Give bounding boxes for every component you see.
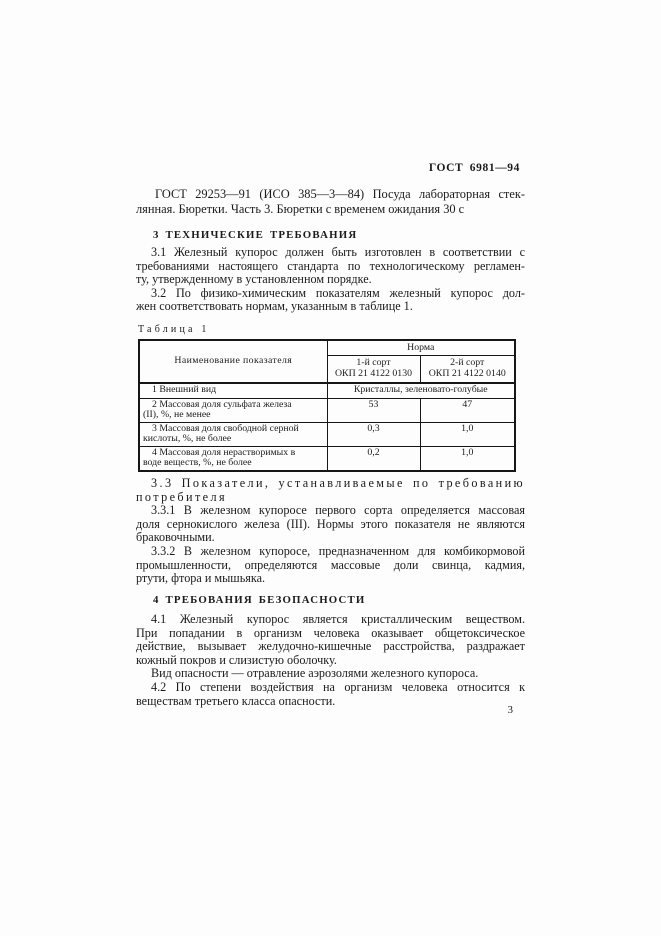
- indicator-cell-line: 1 Внешний вид: [143, 385, 324, 395]
- table-row: 1 Внешний видКристаллы, зеленовато-голуб…: [139, 383, 515, 399]
- heading-3-3-line: потребителя: [136, 491, 525, 505]
- value-cell-grade1: 53: [327, 399, 420, 423]
- indicator-cell: 2 Массовая доля сульфата железа(II), %, …: [139, 399, 327, 423]
- intro-paragraph: ГОСТ 29253—91 (ИСО 385—3—84) Посуда лабо…: [136, 187, 525, 217]
- paragraph-4-1-line: кожный покров и слизистую оболочку.: [136, 654, 525, 668]
- paragraph-3-3-2-line: 3.3.2 В железном купоросе, предназначенн…: [136, 545, 525, 559]
- section-4-paragraphs: 4.1 Железный купорос является кристаллич…: [136, 613, 525, 708]
- table-row: 4 Массовая доля нерастворимых вводе веще…: [139, 447, 515, 472]
- value-cell-grade2: 1,0: [420, 423, 515, 447]
- value-cell-grade1: 0,2: [327, 447, 420, 472]
- table-row: 2 Массовая доля сульфата железа(II), %, …: [139, 399, 515, 423]
- standard-code-header: ГОСТ 6981—94: [136, 162, 520, 174]
- paragraph-3-3-2-line: ртути, фтора и мышьяка.: [136, 572, 525, 586]
- paragraph-3-1-line: требованиями настоящего стандарта по тех…: [136, 260, 525, 274]
- value-cell-grade2: 47: [420, 399, 515, 423]
- paragraph-3-1-line: 3.1 Железный купорос должен быть изготов…: [136, 246, 525, 260]
- paragraph-3-3-1-line: браковочными.: [136, 531, 525, 545]
- grade2-column-header: 2-й сорт ОКП 21 4122 0140: [420, 356, 515, 384]
- heading-3-3-line: 3.3 Показатели, устанавливаемые по требо…: [136, 477, 525, 491]
- paragraph-3-1: 3.1 Железный купорос должен быть изготов…: [136, 246, 525, 287]
- page-number: 3: [136, 704, 513, 716]
- indicator-cell: 3 Массовая доля свободной сернойкислоты,…: [139, 423, 327, 447]
- hazard-type-paragraph-line: Вид опасности — отравление аэрозолями же…: [136, 667, 525, 681]
- paragraph-3-2-line: жен соответствовать нормам, указанным в …: [136, 300, 525, 314]
- paragraph-4-1-line: 4.1 Железный купорос является кристаллич…: [136, 613, 525, 627]
- value-cell-span: Кристаллы, зеленовато-голубые: [327, 383, 515, 399]
- hazard-type-paragraph: Вид опасности — отравление аэрозолями же…: [136, 667, 525, 681]
- paragraph-3-3-2: 3.3.2 В железном купоросе, предназначенн…: [136, 545, 525, 586]
- table-1: Наименование показателя Норма 1-й сорт О…: [138, 339, 516, 472]
- value-cell-grade1: 0,3: [327, 423, 420, 447]
- indicator-column-header: Наименование показателя: [139, 340, 327, 383]
- paragraph-4-1: 4.1 Железный купорос является кристаллич…: [136, 613, 525, 667]
- indicator-cell-line: (II), %, не менее: [143, 410, 324, 420]
- table-1-label: Таблица 1: [138, 324, 210, 335]
- paragraph-4-1-line: При попадании в организм человека оказыв…: [136, 627, 525, 641]
- section-3-paragraphs: 3.1 Железный купорос должен быть изготов…: [136, 246, 525, 314]
- section-4-heading: 4 ТРЕБОВАНИЯ БЕЗОПАСНОСТИ: [136, 594, 525, 606]
- paragraph-4-1-line: действие, вызывает желудочно-кишечные ра…: [136, 640, 525, 654]
- paragraph-3-2-line: 3.2 По физико-химическим показателям жел…: [136, 287, 525, 301]
- value-cell-grade2: 1,0: [420, 447, 515, 472]
- grade2-okp-code: ОКП 21 4122 0140: [424, 369, 512, 380]
- table-1-header: Наименование показателя Норма 1-й сорт О…: [139, 340, 515, 383]
- grade1-okp-code: ОКП 21 4122 0130: [331, 369, 417, 380]
- paragraph-3-1-line: ту, утвержденному в установленном порядк…: [136, 273, 525, 287]
- indicator-cell: 1 Внешний вид: [139, 383, 327, 399]
- table-1-body: 1 Внешний видКристаллы, зеленовато-голуб…: [139, 383, 515, 471]
- grade1-column-header: 1-й сорт ОКП 21 4122 0130: [327, 356, 420, 384]
- table-row: 3 Массовая доля свободной сернойкислоты,…: [139, 423, 515, 447]
- indicator-cell-line: кислоты, %, не более: [143, 434, 324, 444]
- indicator-cell-line: воде веществ, %, не более: [143, 458, 324, 468]
- norm-column-header: Норма: [327, 340, 515, 356]
- section-3-heading: 3 ТЕХНИЧЕСКИЕ ТРЕБОВАНИЯ: [136, 229, 525, 241]
- paragraph-3-3-1-line: 3.3.1 В железном купоросе первого сорта …: [136, 504, 525, 518]
- section-3-3: 3.3 Показатели, устанавливаемые по требо…: [136, 477, 525, 586]
- indicator-cell: 4 Массовая доля нерастворимых вводе веще…: [139, 447, 327, 472]
- paragraph-3-3-1: 3.3.1 В железном купоросе первого сорта …: [136, 504, 525, 545]
- paragraph-3-2: 3.2 По физико-химическим показателям жел…: [136, 287, 525, 314]
- intro-paragraph-line: лянная. Бюретки. Часть 3. Бюретки с врем…: [136, 202, 525, 217]
- intro-paragraph-line: ГОСТ 29253—91 (ИСО 385—3—84) Посуда лабо…: [136, 187, 525, 202]
- heading-3-3: 3.3 Показатели, устанавливаемые по требо…: [136, 477, 525, 504]
- document-page: ГОСТ 6981—94 ГОСТ 29253—91 (ИСО 385—3—84…: [0, 0, 661, 936]
- paragraph-4-2-line: 4.2 По степени воздействия на организм ч…: [136, 681, 525, 695]
- paragraph-3-3-2-line: промышленности, определяются массовые до…: [136, 559, 525, 573]
- paragraph-3-3-1-line: доля сернокислого железа (III). Нормы эт…: [136, 518, 525, 532]
